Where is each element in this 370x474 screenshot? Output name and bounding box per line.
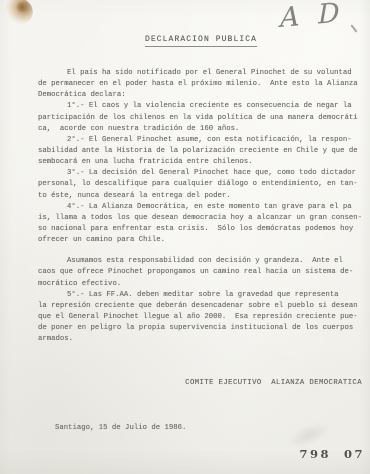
body-line: to éste, nunca deseará la entrega del po… [38, 191, 368, 202]
body-line: Democrática declara: [38, 90, 368, 101]
body-line: la represión creciente que deberán desen… [38, 301, 368, 312]
body-line: ofrecer un camino para Chile. [38, 235, 368, 246]
pen-tick-mark [350, 24, 357, 32]
body-line: personal, lo descalifique para cualquier… [38, 179, 368, 190]
body-line: Asumamos esta responsabilidad con decisi… [38, 256, 368, 267]
body-line: 3°.- La decisión del General Pinochet ha… [38, 168, 368, 179]
body-line: participación de los chilenos en la vida… [38, 113, 368, 124]
document-body: El país ha sido notificado por el Genera… [38, 68, 368, 345]
signature-line: COMITE EJECUTIVO ALIANZA DEMOCRATICA [185, 379, 362, 387]
body-line: caos que ofrece Pinochet propongamos un … [38, 267, 368, 278]
document-title-text: DECLARACION PUBLICA [145, 35, 257, 47]
scanned-document-page: A D DECLARACION PUBLICA El país ha sido … [0, 0, 370, 474]
body-line: armados. [38, 334, 368, 345]
body-line: de permanecer en el poder hasta el próxi… [38, 79, 368, 90]
body-line: 2°.- El General Pinochet asume, con esta… [38, 135, 368, 146]
body-line: sabilidad ante la Historia de la polariz… [38, 146, 368, 157]
body-line: ca, acorde con nuestra tradición de 160 … [38, 124, 368, 135]
body-line: de poner en peligro la propia superviven… [38, 323, 368, 334]
handwritten-ad-mark: A D [280, 0, 345, 34]
body-line: ís, llama a todos los que desean democra… [38, 213, 368, 224]
body-line: 4°.- La Alianza Democrática, en este mom… [38, 202, 368, 213]
body-line: El país ha sido notificado por el Genera… [38, 68, 368, 79]
body-line: mocrático efectivo. [38, 279, 368, 290]
body-line: 1°.- El caos y la violencia creciente es… [38, 101, 368, 112]
body-line: so nacional para enfrentar esta crisis. … [38, 224, 368, 235]
body-line: 5°.- Las FF.AA. deben meditar sobre la g… [38, 290, 368, 301]
dateline: Santiago, 15 de Julio de 1986. [55, 424, 186, 432]
body-line: sembocará en una lucha fratricida entre … [38, 157, 368, 168]
document-title: DECLARACION PUBLICA [38, 35, 364, 44]
body-line: que el General Pinochet llegue al año 20… [38, 312, 368, 323]
archive-stamp-number: 798 07 [299, 447, 365, 461]
